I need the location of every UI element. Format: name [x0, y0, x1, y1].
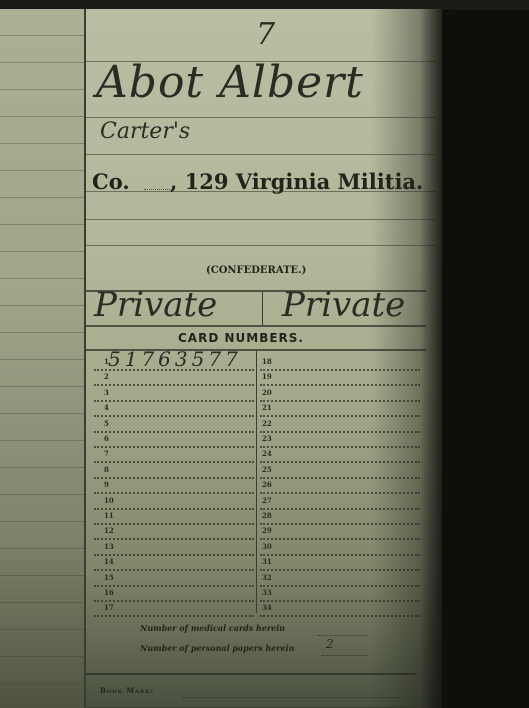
card-number-label-left: 4 — [104, 403, 109, 412]
card-number-label-right: 21 — [262, 403, 272, 412]
company-name: Carter's — [100, 119, 190, 144]
card-number-row-line — [94, 569, 254, 571]
card-numbers-divider — [256, 351, 257, 613]
medical-cards-blank — [318, 635, 368, 636]
card-number-label-right: 25 — [262, 465, 272, 474]
card-number-label-left: 12 — [104, 526, 114, 535]
affiliation-label: (CONFEDERATE.) — [206, 265, 306, 276]
personal-papers-value: 2 — [326, 637, 334, 651]
card-number-label-right: 24 — [262, 449, 272, 458]
card-number-row-line — [260, 369, 420, 371]
card-number-row-line — [260, 446, 420, 448]
card-number-row-line — [260, 600, 420, 602]
medical-cards-label: Number of medical cards herein — [140, 623, 285, 633]
card-number-label-left: 3 — [104, 388, 109, 397]
card-number-label-right: 23 — [262, 434, 272, 443]
card-number-label-left: 16 — [104, 588, 114, 597]
card-number-row-line — [94, 538, 254, 540]
card-number-row-line — [260, 585, 420, 587]
rule — [86, 325, 426, 327]
card-number-label-right: 32 — [262, 573, 272, 582]
card-number-row-line — [260, 615, 420, 617]
card-number-row-line — [260, 538, 420, 540]
card-number-row-line — [94, 461, 254, 463]
personal-papers-label: Number of personal papers herein — [140, 643, 294, 653]
card-number-row-line — [260, 569, 420, 571]
card-number-label-left: 2 — [104, 372, 109, 381]
card-number-label-right: 20 — [262, 388, 272, 397]
index-card: 7 Abot Albert Carter's Co. , 129 Virgini… — [84, 9, 442, 708]
card-number-label-left: 10 — [104, 496, 114, 505]
rule — [86, 117, 436, 118]
book-mark-blank — [182, 697, 412, 698]
card-number-row-line — [260, 554, 420, 556]
company-blank — [144, 189, 170, 190]
personal-papers-blank — [322, 655, 368, 656]
rule — [86, 673, 416, 675]
card-number-label-left: 14 — [104, 557, 114, 566]
card-number-label-left: 5 — [104, 419, 109, 428]
card-number-label-left: 11 — [104, 511, 114, 520]
card-number-row-line — [94, 492, 254, 494]
card-number-label-right: 19 — [262, 372, 272, 381]
rank-divider — [262, 292, 263, 325]
card-number-row-line — [260, 415, 420, 417]
card-number-1-value: 51763577 — [108, 347, 242, 371]
card-number-row-line — [260, 431, 420, 433]
card-number-label-left: 6 — [104, 434, 109, 443]
card-number-label-right: 28 — [262, 511, 272, 520]
card-number-label-right: 26 — [262, 480, 272, 489]
rank-in: Private — [94, 285, 217, 325]
card-number-row-line — [260, 523, 420, 525]
card-number-row-line — [260, 477, 420, 479]
card-number-row-line — [94, 384, 254, 386]
card-number-label-left: 9 — [104, 480, 109, 489]
card-number-label-left: 15 — [104, 573, 114, 582]
rule — [86, 245, 436, 246]
card-number-row-line — [260, 461, 420, 463]
card-number-row-line — [260, 384, 420, 386]
card-number-row-line — [94, 400, 254, 402]
card-number-label-right: 34 — [262, 603, 272, 612]
card-number-label-left: 17 — [104, 603, 114, 612]
card-number-label-right: 18 — [262, 357, 272, 366]
card-number-row-line — [94, 431, 254, 433]
card-number-label-right: 27 — [262, 496, 272, 505]
card-number-label-left: 13 — [104, 542, 114, 551]
rank-out: Private — [282, 285, 405, 325]
card-number-row-line — [260, 508, 420, 510]
rule — [86, 154, 436, 155]
card-number-label-left: 7 — [104, 449, 109, 458]
card-number-row-line — [94, 523, 254, 525]
card-number-label-left: 1 — [104, 357, 109, 366]
card-number-label-right: 22 — [262, 419, 272, 428]
card-number-row-line — [260, 492, 420, 494]
card-number-row-line — [94, 600, 254, 602]
card-number-label-right: 30 — [262, 542, 272, 551]
film-shadow — [420, 9, 450, 708]
card-number-row-line — [94, 446, 254, 448]
rule — [86, 219, 436, 220]
card-number-row-line — [260, 400, 420, 402]
card-numbers-heading: CARD NUMBERS. — [178, 331, 304, 345]
card-number-row-line — [94, 508, 254, 510]
soldier-name: Abot Albert — [96, 57, 364, 108]
number-mark: 7 — [256, 17, 275, 52]
card-number-label-right: 33 — [262, 588, 272, 597]
card-number-row-line — [94, 615, 254, 617]
unit-prefix: Co. — [92, 169, 130, 194]
card-number-label-right: 29 — [262, 526, 272, 535]
card-number-row-line — [94, 477, 254, 479]
adjacent-card-edge — [0, 9, 86, 708]
book-mark-label: Book Mark: — [100, 686, 154, 695]
card-number-row-line — [94, 585, 254, 587]
card-number-label-left: 8 — [104, 465, 109, 474]
card-number-label-right: 31 — [262, 557, 272, 566]
card-number-row-line — [94, 554, 254, 556]
unit-name: , 129 Virginia Militia. — [170, 169, 423, 194]
card-number-row-line — [94, 415, 254, 417]
card-number-row-line — [94, 369, 254, 371]
